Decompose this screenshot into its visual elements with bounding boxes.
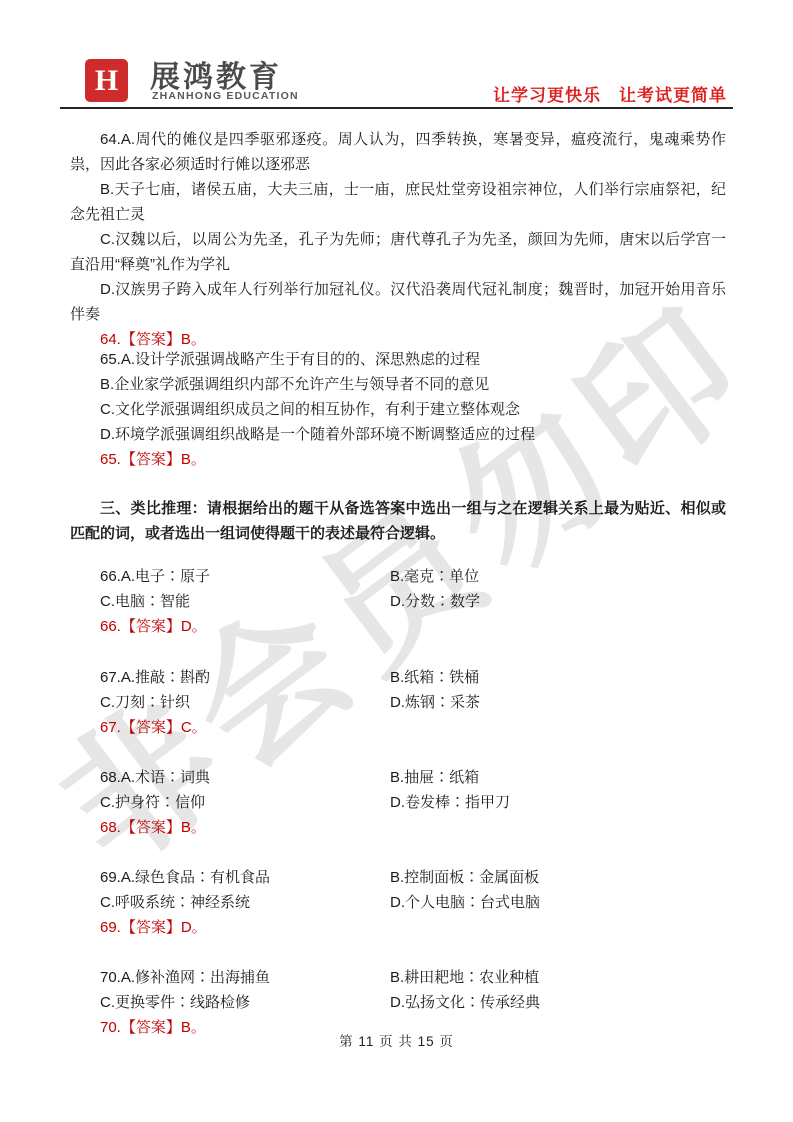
q69-row-cd: C.呼吸系统∶神经系统 D.个人电脑∶台式电脑	[70, 890, 726, 915]
q65-option-c: C.文化学派强调组织成员之间的相互协作，有利于建立整体观念	[70, 397, 726, 422]
q65-option-b: B.企业家学派强调组织内部不允许产生与领导者不同的意见	[70, 372, 726, 397]
q64-option-d-text: 汉族男子跨入成年人行列举行加冠礼仪。汉代沿袭周代冠礼制度；魏晋时，加冠开始用音乐…	[70, 281, 726, 323]
page-number: 第 11 页 共 15 页	[0, 1030, 793, 1050]
q66-option-d: D.分数∶数学	[390, 589, 726, 614]
q65-option-c-prefix: C.	[100, 401, 115, 418]
q67-option-c: C.刀刻∶针织	[100, 690, 390, 715]
q66-row-cd: C.电脑∶智能 D.分数∶数学	[70, 589, 726, 614]
q66-answer: 66.【答案】D。	[70, 614, 726, 639]
q68-option-a: 68.A.术语∶词典	[100, 765, 390, 790]
q66-option-c: C.电脑∶智能	[100, 589, 390, 614]
q64-option-a-text: 周代的傩仪是四季驱邪逐疫。周人认为，四季转换，寒暑变异，瘟疫流行，鬼魂乘势作祟，…	[70, 131, 726, 173]
q66-option-b: B.毫克∶单位	[390, 564, 726, 589]
q65-option-c-text: 文化学派强调组织成员之间的相互协作，有利于建立整体观念	[115, 401, 520, 418]
q65-option-a-prefix: 65.A.	[100, 351, 135, 368]
q67-row-cd: C.刀刻∶针织 D.炼钢∶采茶	[70, 690, 726, 715]
q70-option-c: C.更换零件∶线路检修	[100, 990, 390, 1015]
q65-option-a-text: 设计学派强调战略产生于有目的的、深思熟虑的过程	[135, 351, 480, 368]
q70-option-b: B.耕田耙地∶农业种植	[390, 965, 726, 990]
q64-option-a: 64.A.周代的傩仪是四季驱邪逐疫。周人认为，四季转换，寒暑变异，瘟疫流行，鬼魂…	[70, 127, 726, 177]
q69-option-d: D.个人电脑∶台式电脑	[390, 890, 726, 915]
question-68-block: 68.A.术语∶词典 B.抽屉∶纸箱 C.护身符∶信仰 D.卷发棒∶指甲刀 68…	[70, 765, 726, 840]
q69-option-c: C.呼吸系统∶神经系统	[100, 890, 390, 915]
q70-row-ab: 70.A.修补渔网∶出海捕鱼 B.耕田耙地∶农业种植	[70, 965, 726, 990]
q67-answer: 67.【答案】C。	[70, 715, 726, 740]
q70-option-a: 70.A.修补渔网∶出海捕鱼	[100, 965, 390, 990]
q65-option-b-text: 企业家学派强调组织内部不允许产生与领导者不同的意见	[114, 376, 489, 393]
q66-option-a: 66.A.电子∶原子	[100, 564, 390, 589]
q64-option-d-prefix: D.	[100, 281, 115, 298]
q67-option-d: D.炼钢∶采茶	[390, 690, 726, 715]
section-heading: 三、类比推理：请根据给出的题干从备选答案中选出一组与之在逻辑关系上最为贴近、相似…	[70, 496, 726, 546]
q65-option-a: 65.A.设计学派强调战略产生于有目的的、深思熟虑的过程	[70, 347, 726, 372]
q66-row-ab: 66.A.电子∶原子 B.毫克∶单位	[70, 564, 726, 589]
question-65-block: 65.A.设计学派强调战略产生于有目的的、深思熟虑的过程 B.企业家学派强调组织…	[70, 347, 726, 472]
q68-option-d: D.卷发棒∶指甲刀	[390, 790, 726, 815]
q69-row-ab: 69.A.绿色食品∶有机食品 B.控制面板∶金属面板	[70, 865, 726, 890]
logo-h-glyph: H	[95, 66, 118, 96]
q67-row-ab: 67.A.推敲∶斟酌 B.纸箱∶铁桶	[70, 665, 726, 690]
brand-name-en: ZHANHONG EDUCATION	[152, 90, 299, 102]
section-heading-block: 三、类比推理：请根据给出的题干从备选答案中选出一组与之在逻辑关系上最为贴近、相似…	[70, 496, 726, 546]
q69-option-b: B.控制面板∶金属面板	[390, 865, 726, 890]
q65-option-d: D.环境学派强调组织战略是一个随着外部环境不断调整适应的过程	[70, 422, 726, 447]
q64-option-c-prefix: C.	[100, 231, 115, 248]
q64-option-c-text: 汉魏以后，以周公为先圣，孔子为先师；唐代尊孔子为先圣，颜回为先师，唐宋以后学宫一…	[70, 231, 726, 273]
q65-option-d-prefix: D.	[100, 426, 115, 443]
q68-option-b: B.抽屉∶纸箱	[390, 765, 726, 790]
question-64-block: 64.A.周代的傩仪是四季驱邪逐疫。周人认为，四季转换，寒暑变异，瘟疫流行，鬼魂…	[70, 127, 726, 352]
question-67-block: 67.A.推敲∶斟酌 B.纸箱∶铁桶 C.刀刻∶针织 D.炼钢∶采茶 67.【答…	[70, 665, 726, 740]
header-divider	[60, 107, 733, 109]
q64-option-b-text: 天子七庙，诸侯五庙，大夫三庙，士一庙，庶民灶堂旁设祖宗神位，人们举行宗庙祭祀，纪…	[70, 181, 726, 223]
q65-option-d-text: 环境学派强调组织战略是一个随着外部环境不断调整适应的过程	[115, 426, 535, 443]
q68-row-cd: C.护身符∶信仰 D.卷发棒∶指甲刀	[70, 790, 726, 815]
brand-slogan: 让学习更快乐 让考试更简单	[493, 81, 727, 106]
q64-option-c: C.汉魏以后，以周公为先圣，孔子为先师；唐代尊孔子为先圣，颜回为先师，唐宋以后学…	[70, 227, 726, 277]
q64-option-b-prefix: B.	[100, 181, 114, 198]
question-70-block: 70.A.修补渔网∶出海捕鱼 B.耕田耙地∶农业种植 C.更换零件∶线路检修 D…	[70, 965, 726, 1040]
q64-option-d: D.汉族男子跨入成年人行列举行加冠礼仪。汉代沿袭周代冠礼制度；魏晋时，加冠开始用…	[70, 277, 726, 327]
question-69-block: 69.A.绿色食品∶有机食品 B.控制面板∶金属面板 C.呼吸系统∶神经系统 D…	[70, 865, 726, 940]
q65-answer: 65.【答案】B。	[70, 447, 726, 472]
q68-answer: 68.【答案】B。	[70, 815, 726, 840]
q70-option-d: D.弘扬文化∶传承经典	[390, 990, 726, 1015]
q68-row-ab: 68.A.术语∶词典 B.抽屉∶纸箱	[70, 765, 726, 790]
document-page: H 展鸿教育 ZHANHONG EDUCATION 让学习更快乐 让考试更简单 …	[0, 0, 793, 1122]
q69-option-a: 69.A.绿色食品∶有机食品	[100, 865, 390, 890]
question-66-block: 66.A.电子∶原子 B.毫克∶单位 C.电脑∶智能 D.分数∶数学 66.【答…	[70, 564, 726, 639]
q64-option-b: B.天子七庙，诸侯五庙，大夫三庙，士一庙，庶民灶堂旁设祖宗神位，人们举行宗庙祭祀…	[70, 177, 726, 227]
q70-row-cd: C.更换零件∶线路检修 D.弘扬文化∶传承经典	[70, 990, 726, 1015]
q67-option-b: B.纸箱∶铁桶	[390, 665, 726, 690]
q68-option-c: C.护身符∶信仰	[100, 790, 390, 815]
brand-logo-icon: H	[85, 59, 128, 102]
q67-option-a: 67.A.推敲∶斟酌	[100, 665, 390, 690]
q69-answer: 69.【答案】D。	[70, 915, 726, 940]
q65-option-b-prefix: B.	[100, 376, 114, 393]
q64-option-a-prefix: 64.A.	[100, 131, 135, 148]
